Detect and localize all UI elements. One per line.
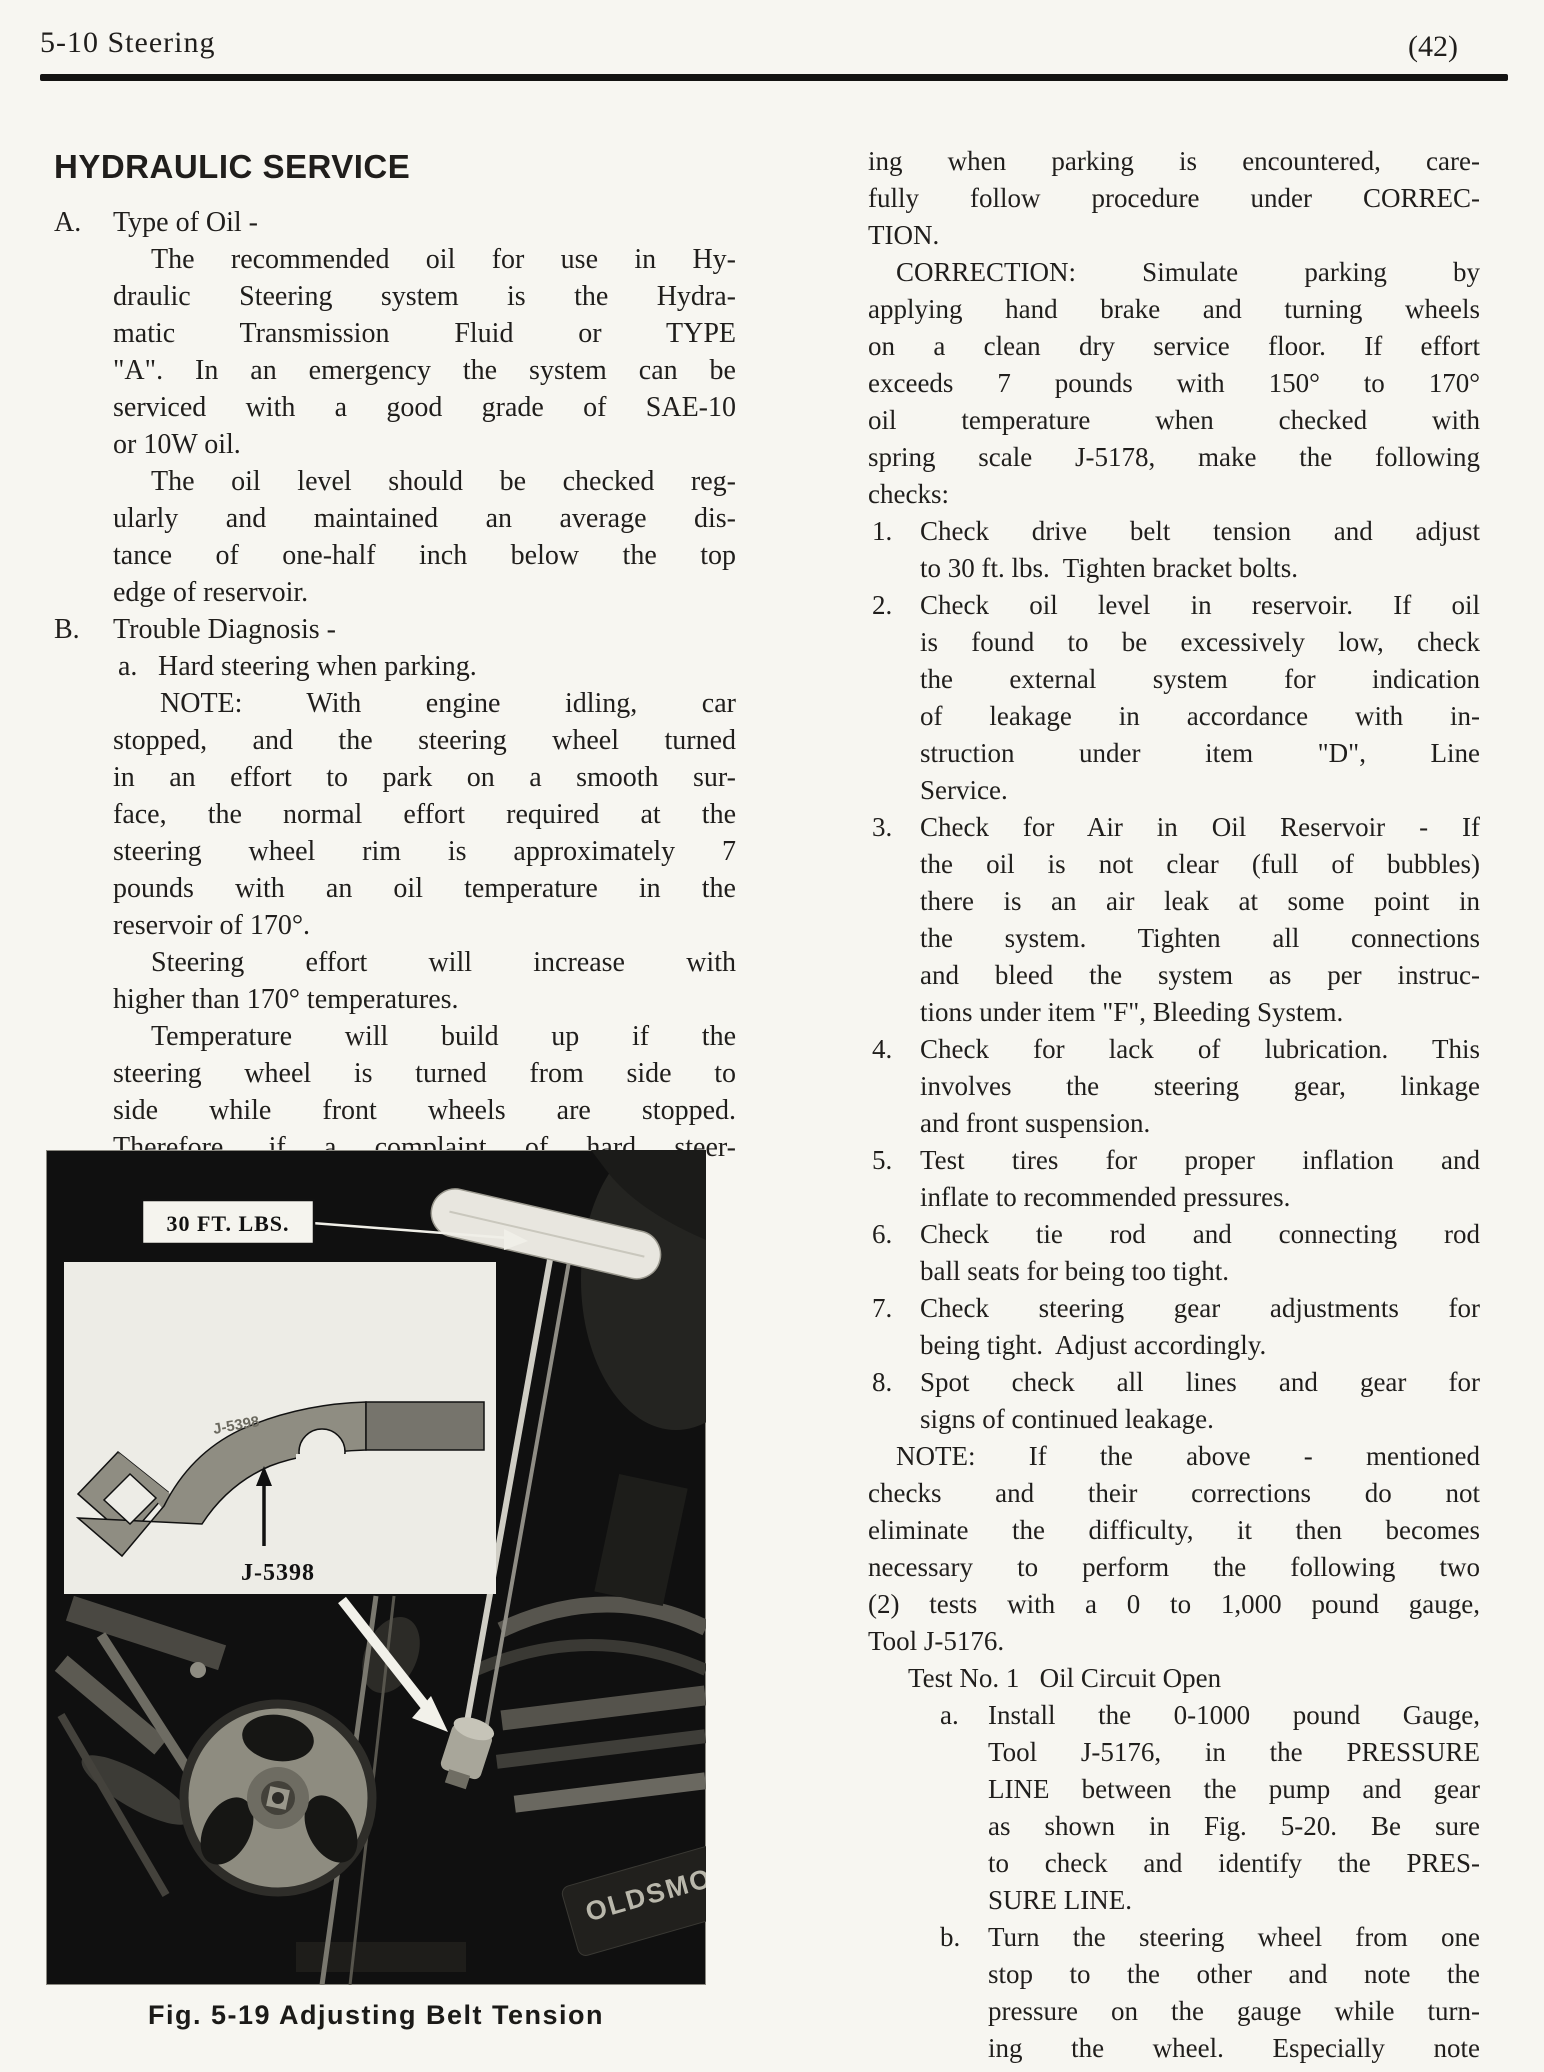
- figure-photo: 30 FT. LBS. J-5398 J-: [46, 1150, 706, 1985]
- text-line: there is an air leak at some point in: [920, 883, 1480, 920]
- text-line: Tool J-5176.: [868, 1623, 1480, 1660]
- text-line: "A". In an emergency the system can be: [113, 352, 736, 389]
- list-marker: 1.: [872, 513, 892, 550]
- header-page-number: (42): [1408, 30, 1458, 64]
- text-line: ing when parking is encountered, care-: [868, 143, 1480, 180]
- list-marker: b.: [940, 1919, 960, 1956]
- text-line: (2) tests with a 0 to 1,000 pound gauge,: [868, 1586, 1480, 1623]
- text-line: tance of one-half inch below the top: [113, 537, 736, 574]
- text-line: eliminate the difficulty, it then become…: [868, 1512, 1480, 1549]
- text-line: tions under item "F", Bleeding System.: [920, 994, 1480, 1031]
- text-line: steering wheel rim is approximately 7: [113, 833, 736, 870]
- text-block: a.Install the 0-1000 pound Gauge,Tool J-…: [988, 1697, 1480, 1919]
- text-line: Tool J-5176, in the PRESSURE: [988, 1734, 1480, 1771]
- text-line: the external system for indication: [920, 661, 1480, 698]
- list-marker: a.: [118, 648, 137, 685]
- text-line: to 30 ft. lbs. Tighten bracket bolts.: [920, 550, 1480, 587]
- text-line: Test No. 1 Oil Circuit Open: [868, 1660, 1480, 1697]
- text-line: signs of continued leakage.: [920, 1401, 1480, 1438]
- text-block: 1.Check drive belt tension and adjustto …: [920, 513, 1480, 587]
- text-block: ing when parking is encountered, care-fu…: [868, 143, 1480, 254]
- section-heading: HYDRAULIC SERVICE: [54, 148, 736, 204]
- pulley: [184, 1704, 372, 1892]
- header-rule: [40, 74, 1508, 81]
- text-block: The oil level should be checked reg-ular…: [113, 463, 736, 611]
- text-line: The oil level should be checked reg-: [113, 463, 736, 500]
- text-line: being tight. Adjust accordingly.: [920, 1327, 1480, 1364]
- text-block: 4.Check for lack of lubrication. Thisinv…: [920, 1031, 1480, 1142]
- text-block: b.Turn the steering wheel from onestop t…: [988, 1919, 1480, 2067]
- text-block: 7.Check steering gear adjustments forbei…: [920, 1290, 1480, 1364]
- figure-caption: Fig. 5-19 Adjusting Belt Tension: [46, 2000, 706, 2031]
- text-line: LINE between the pump and gear: [988, 1771, 1480, 1808]
- right-column: ing when parking is encountered, care-fu…: [868, 143, 1480, 2067]
- left-column: HYDRAULIC SERVICEA.Type of Oil -The reco…: [54, 148, 736, 1166]
- text-line: or 10W oil.: [113, 426, 736, 463]
- list-marker: 2.: [872, 587, 892, 624]
- list-marker: a.: [940, 1697, 959, 1734]
- text-block: a.Hard steering when parking.: [158, 648, 736, 685]
- text-block: A.Type of Oil -: [113, 204, 736, 241]
- text-line: Install the 0-1000 pound Gauge,: [988, 1697, 1480, 1734]
- text-line: stopped, and the steering wheel turned: [113, 722, 736, 759]
- text-line: face, the normal effort required at the: [113, 796, 736, 833]
- text-line: Test tires for proper inflation and: [920, 1142, 1480, 1179]
- text-line: Type of Oil -: [113, 204, 736, 241]
- text-line: Check drive belt tension and adjust: [920, 513, 1480, 550]
- text-line: reservoir of 170°.: [113, 907, 736, 944]
- text-line: fully follow procedure under CORREC-: [868, 180, 1480, 217]
- text-line: TION.: [868, 217, 1480, 254]
- text-line: higher than 170° temperatures.: [113, 981, 736, 1018]
- text-line: NOTE: With engine idling, car: [113, 685, 736, 722]
- text-line: SURE LINE.: [988, 1882, 1480, 1919]
- header-section-title: 5-10 Steering: [40, 26, 215, 60]
- list-marker: 3.: [872, 809, 892, 846]
- text-line: Steering effort will increase with: [113, 944, 736, 981]
- text-line: spring scale J-5178, make the following: [868, 439, 1480, 476]
- torque-label-text: 30 FT. LBS.: [166, 1211, 289, 1236]
- text-block: NOTE: With engine idling, carstopped, an…: [113, 685, 736, 944]
- list-marker: 8.: [872, 1364, 892, 1401]
- list-marker: 5.: [872, 1142, 892, 1179]
- text-line: ball seats for being too tight.: [920, 1253, 1480, 1290]
- text-block: CORRECTION: Simulate parking byapplying …: [868, 254, 1480, 513]
- text-line: stop to the other and note the: [988, 1956, 1480, 1993]
- text-line: Temperature will build up if the: [113, 1018, 736, 1055]
- text-line: is found to be excessively low, check: [920, 624, 1480, 661]
- text-block: 2.Check oil level in reservoir. If oilis…: [920, 587, 1480, 809]
- list-marker: 6.: [872, 1216, 892, 1253]
- text-line: and bleed the system as per instruc-: [920, 957, 1480, 994]
- text-line: to check and identify the PRES-: [988, 1845, 1480, 1882]
- text-line: oil temperature when checked with: [868, 402, 1480, 439]
- text-line: draulic Steering system is the Hydra-: [113, 278, 736, 315]
- text-line: exceeds 7 pounds with 150° to 170°: [868, 365, 1480, 402]
- text-block: 8.Spot check all lines and gear forsigns…: [920, 1364, 1480, 1438]
- text-line: ularly and maintained an average dis-: [113, 500, 736, 537]
- text-line: pressure on the gauge while turn-: [988, 1993, 1480, 2030]
- text-line: inflate to recommended pressures.: [920, 1179, 1480, 1216]
- belt-tension-photo: 30 FT. LBS. J-5398 J-: [46, 1150, 706, 1985]
- inset-panel: J-5398 J-5398: [64, 1262, 496, 1594]
- text-line: Spot check all lines and gear for: [920, 1364, 1480, 1401]
- text-block: Temperature will build up if thesteering…: [113, 1018, 736, 1166]
- text-block: The recommended oil for use in Hy-drauli…: [113, 241, 736, 463]
- text-block: B.Trouble Diagnosis -: [113, 611, 736, 648]
- text-line: checks:: [868, 476, 1480, 513]
- text-line: matic Transmission Fluid or TYPE: [113, 315, 736, 352]
- text-line: serviced with a good grade of SAE-10: [113, 389, 736, 426]
- tool-label-text: J-5398: [241, 1560, 315, 1586]
- text-block: NOTE: If the above - mentionedchecks and…: [868, 1438, 1480, 1660]
- list-marker: B.: [54, 611, 80, 648]
- text-line: of leakage in accordance with in-: [920, 698, 1480, 735]
- text-line: Trouble Diagnosis -: [113, 611, 736, 648]
- text-line: Turn the steering wheel from one: [988, 1919, 1480, 1956]
- torque-label: 30 FT. LBS.: [142, 1200, 314, 1244]
- text-line: struction under item "D", Line: [920, 735, 1480, 772]
- text-line: CORRECTION: Simulate parking by: [868, 254, 1480, 291]
- text-line: in an effort to park on a smooth sur-: [113, 759, 736, 796]
- text-line: and front suspension.: [920, 1105, 1480, 1142]
- text-line: the oil is not clear (full of bubbles): [920, 846, 1480, 883]
- manual-page: 5-10 Steering (42) HYDRAULIC SERVICEA.Ty…: [0, 0, 1544, 2072]
- text-line: as shown in Fig. 5-20. Be sure: [988, 1808, 1480, 1845]
- text-line: Check steering gear adjustments for: [920, 1290, 1480, 1327]
- text-line: checks and their corrections do not: [868, 1475, 1480, 1512]
- text-line: necessary to perform the following two: [868, 1549, 1480, 1586]
- text-block: Test No. 1 Oil Circuit Open: [868, 1660, 1480, 1697]
- text-line: Service.: [920, 772, 1480, 809]
- text-line: the system. Tighten all connections: [920, 920, 1480, 957]
- text-line: Check for lack of lubrication. This: [920, 1031, 1480, 1068]
- text-line: The recommended oil for use in Hy-: [113, 241, 736, 278]
- list-marker: 4.: [872, 1031, 892, 1068]
- list-marker: A.: [54, 204, 81, 241]
- text-line: side while front wheels are stopped.: [113, 1092, 736, 1129]
- list-marker: 7.: [872, 1290, 892, 1327]
- text-block: Steering effort will increase withhigher…: [113, 944, 736, 1018]
- text-block: 6.Check tie rod and connecting rodball s…: [920, 1216, 1480, 1290]
- text-line: NOTE: If the above - mentioned: [868, 1438, 1480, 1475]
- text-line: Hard steering when parking.: [158, 648, 736, 685]
- text-line: involves the steering gear, linkage: [920, 1068, 1480, 1105]
- text-line: applying hand brake and turning wheels: [868, 291, 1480, 328]
- text-block: 3.Check for Air in Oil Reservoir - Ifthe…: [920, 809, 1480, 1031]
- text-line: steering wheel is turned from side to: [113, 1055, 736, 1092]
- text-line: pounds with an oil temperature in the: [113, 870, 736, 907]
- text-block: 5.Test tires for proper inflation andinf…: [920, 1142, 1480, 1216]
- text-line: edge of reservoir.: [113, 574, 736, 611]
- text-line: on a clean dry service floor. If effort: [868, 328, 1480, 365]
- text-line: Check for Air in Oil Reservoir - If: [920, 809, 1480, 846]
- text-line: Check oil level in reservoir. If oil: [920, 587, 1480, 624]
- text-line: ing the wheel. Especially note: [988, 2030, 1480, 2067]
- text-line: Check tie rod and connecting rod: [920, 1216, 1480, 1253]
